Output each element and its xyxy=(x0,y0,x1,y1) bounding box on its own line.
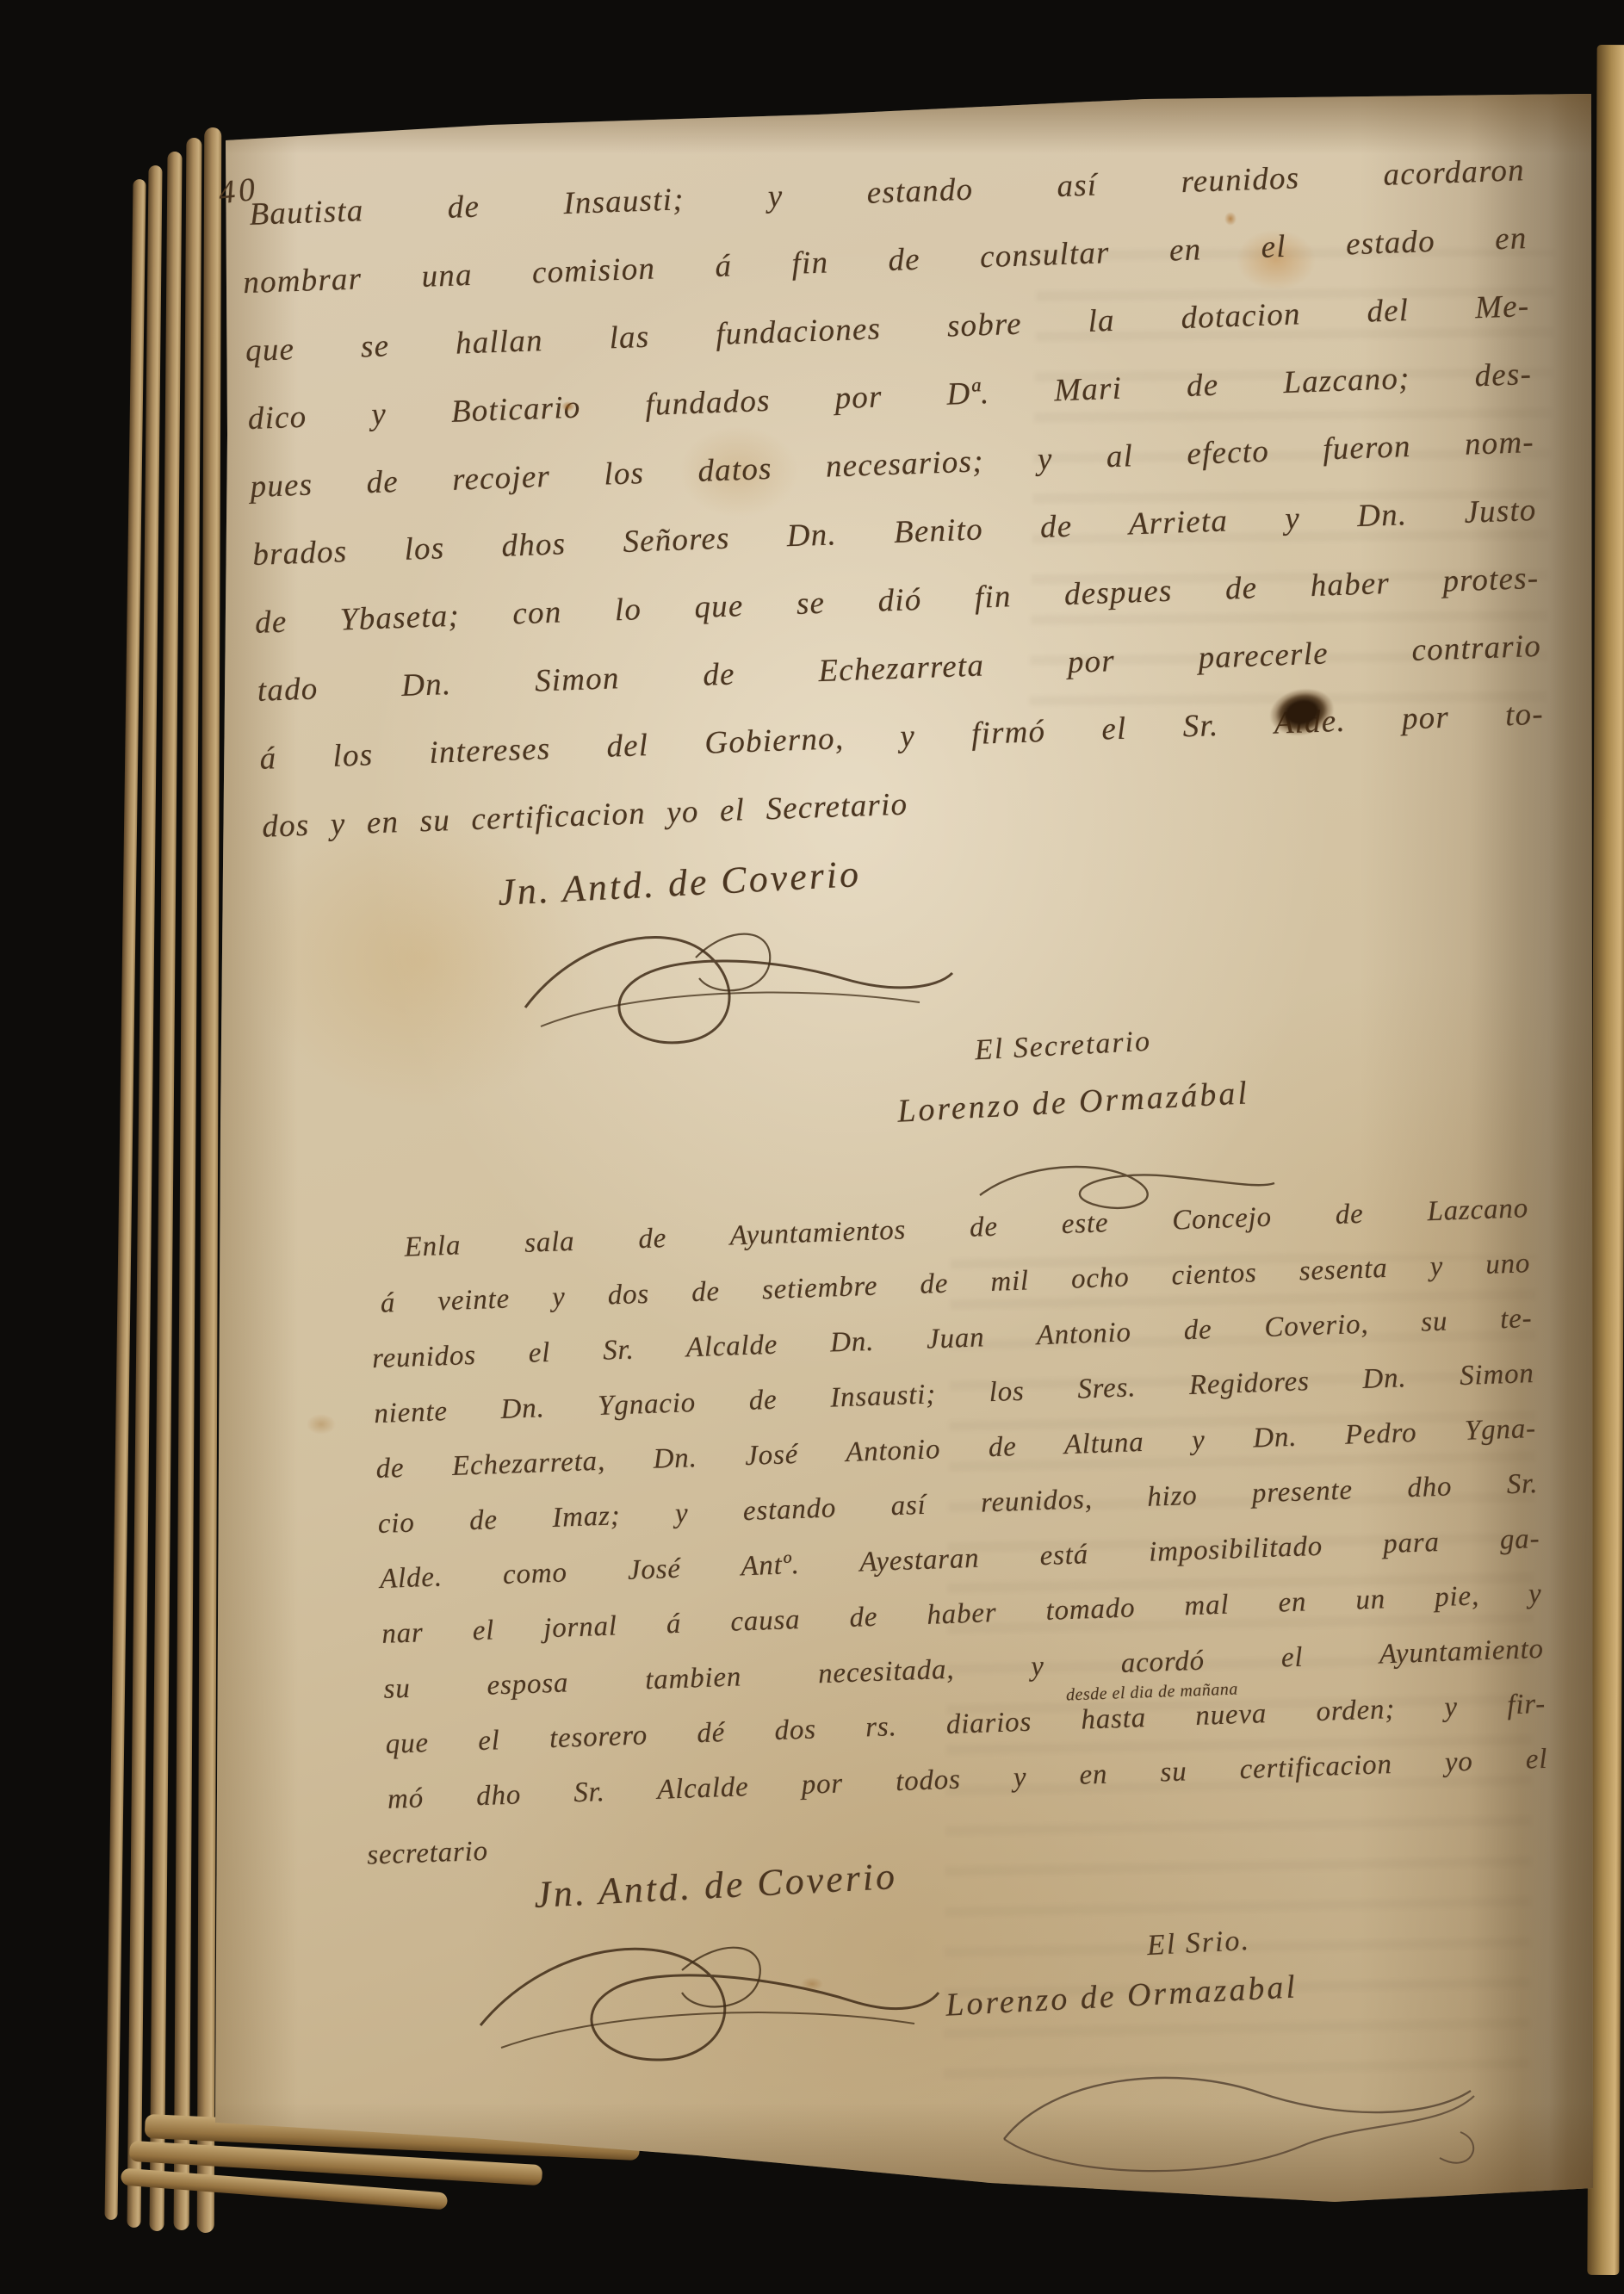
signature-alcalde-1: Jn. Antd. de Coverio xyxy=(498,861,861,905)
attestation-role-2: El Srio. xyxy=(1146,1925,1251,1962)
minutes-entry-1: Bautista de Insausti; y estando así reun… xyxy=(239,136,1547,861)
signature-alcalde-2: Jn. Antd. de Coverio xyxy=(534,1863,897,1907)
archive-photo-backdrop: 40 Bautista de Insausti; y estando así r… xyxy=(0,0,1624,2294)
minutes-entry-2: Enla sala de Ayuntamientos de este Conce… xyxy=(368,1181,1551,1882)
